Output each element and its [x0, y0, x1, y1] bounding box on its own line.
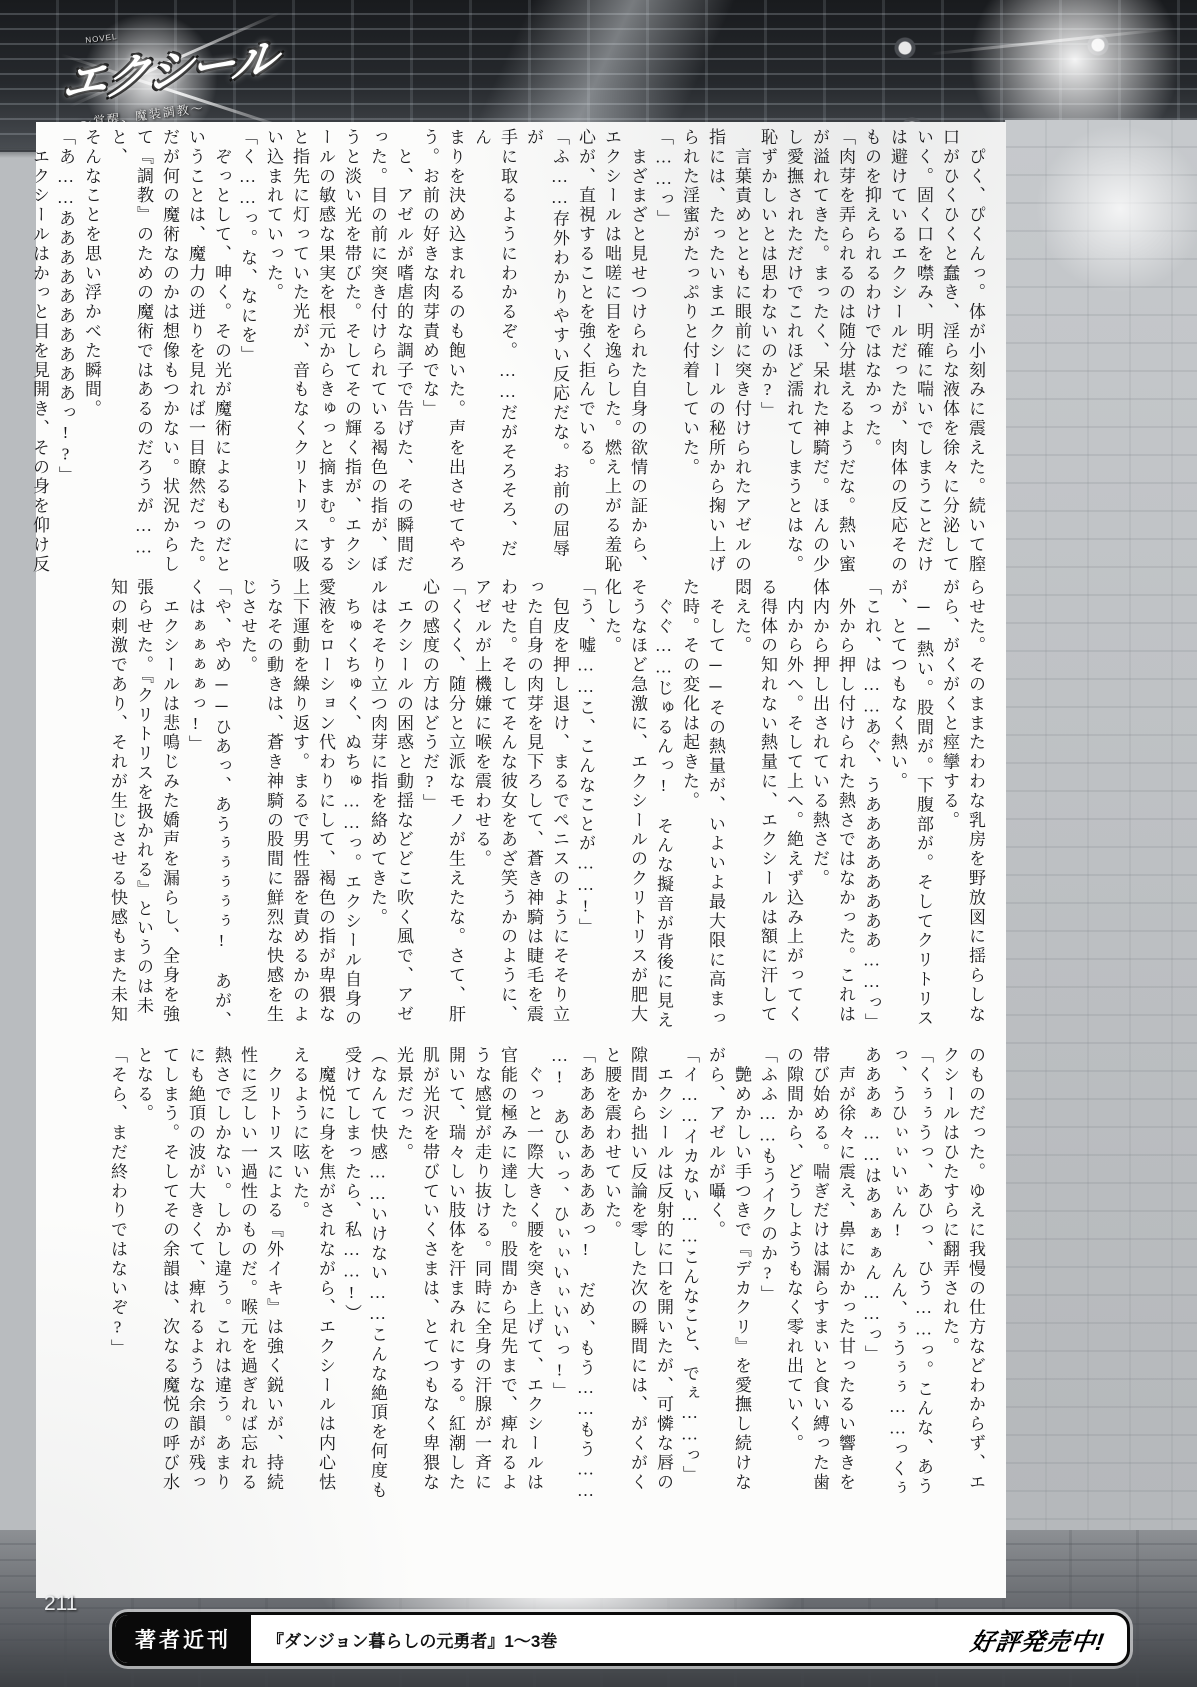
text-column: ぐぐ……じゅるんっ! そんな擬音が背後に見え [650, 578, 676, 1033]
text-column: 心の感度の方はどうだ?」 [416, 578, 442, 1033]
text-column: 知の刺激であり、それが生じさせる快感もまた未知 [104, 578, 130, 1033]
text-column: となる。 [130, 1046, 156, 1512]
text-column: の隙間から、どうしようもなく零れ出ていく。 [780, 1046, 806, 1512]
text-column: 艶めかしい手つきで『デカクリ』を愛撫し続けな [728, 1046, 754, 1512]
text-column: った自身の肉芽を見下ろして、蒼き神騎は睫毛を震 [520, 578, 546, 1033]
text-column: うな感覚が走り抜ける。同時に全身の汗腺が一斉に [468, 1046, 494, 1512]
text-column: った。目の前に突き付けられている褐色の指が、ぼ [364, 128, 390, 578]
text-block-bottom: のものだった。ゆえに我慢の仕方などわからず、エクシールはひたすらに翻弄された。「… [95, 1046, 988, 1512]
text-column: 体内から押し出されている熱さだ。 [806, 578, 832, 1033]
text-column: わせた。そしてそんな彼女をあざ笑うかのように、 [494, 578, 520, 1033]
text-column: 指には、たったいまエクシールの秘所から掬い上げ [702, 128, 728, 578]
text-column: 悶えた。 [728, 578, 754, 1033]
ad-bar-book-title: 『ダンジョン暮らしの元勇者』1〜3巻 [267, 1627, 557, 1652]
text-column: 「……っ」 [650, 128, 676, 578]
text-column: クシールはひたすらに翻弄された。 [936, 1046, 962, 1512]
text-column: ぞっとして、呻く。その光が魔術によるものだと [208, 128, 234, 578]
text-column: いうことは、魔力の迸りを見れば一目瞭然だった。 [182, 128, 208, 578]
text-column: 魔悦に身を焦がされながら、エクシールは内心怯 [312, 1046, 338, 1512]
text-column: 「あ……ああああああああああっ!?」 [52, 128, 78, 578]
text-column: がら、がくがくと痙攣する。 [936, 578, 962, 1033]
text-column: と指先に灯っていた光が、音もなくクリトリスに吸 [286, 128, 312, 578]
text-column: じさせた。 [234, 578, 260, 1033]
text-column: られた淫蜜がたっぷりと付着していた。 [676, 128, 702, 578]
text-column: まりを決め込まれるのも飽いた。声を出させてやろ [442, 128, 468, 578]
text-column: いく。固く口を噤み、明確に喘いでしまうことだけ [910, 128, 936, 578]
text-column: 性に乏しい一過性のものだ。喉元を過ぎれば忘れる [234, 1046, 260, 1512]
text-column: クリトリスによる『外イキ』は強く鋭いが、持続 [260, 1046, 286, 1512]
text-column: 「う、嘘……こ、こんなことが……!」 [572, 578, 598, 1033]
text-column: エクシールは悲鳴じみた嬌声を漏らし、全身を強 [156, 578, 182, 1033]
text-column: 「ああああああああっ! だめ、もう……もう…… [572, 1046, 598, 1512]
text-column: のものだった。ゆえに我慢の仕方などわからず、エ [962, 1046, 988, 1512]
text-column: エクシールの困惑と動揺などどこ吹く風で、アゼ [390, 578, 416, 1033]
text-column: ールの敏感な果実を根元からきゅっと摘まむ。する [312, 128, 338, 578]
text-column: てしまう。そしてその余韻は、次なる魔悦の呼び水 [156, 1046, 182, 1512]
text-column: る得体の知れない熱量に、エクシールは額に汗して [754, 578, 780, 1033]
text-column: ぐっと一際大きく腰を突き上げて、エクシールは [520, 1046, 546, 1512]
text-column: 手に取るようにわかるぞ。……だがそろそろ、だん [468, 128, 520, 578]
text-column: 上下運動を繰り返す。まるで男性器を責めるかのよ [286, 578, 312, 1033]
text-column: 帯び始める。喘ぎだけは漏らすまいと食い縛った歯 [806, 1046, 832, 1512]
text-column: ちゅくちゅく、ぬちゅ……っ。エクシール自身の [338, 578, 364, 1033]
text-column: そして──その熱量が、いよいよ最大限に高まっ [702, 578, 728, 1033]
text-column: 光景だった。 [390, 1046, 416, 1512]
text-column: 化した。 [598, 578, 624, 1033]
text-column: うと淡い光を帯びた。そしてその輝く指が、エクシ [338, 128, 364, 578]
text-column: し愛撫されただけでこれほど濡れてしまうとはな。 [780, 128, 806, 578]
text-column: 心が、直視することを強く拒んでいる。 [572, 128, 598, 578]
text-column: て『調教』のための魔術ではあるのだろうが……と、 [104, 128, 156, 578]
text-block-top: ぴく、ぴくんっ。体が小刻みに震えた。続いて膣口がひくひくと蠢き、淫らな液体を徐々… [95, 128, 988, 578]
on-sale-badge: 好評発売中! [969, 1622, 1108, 1657]
text-column: 張らせた。『クリトリスを扱かれる』というのは未 [130, 578, 156, 1033]
text-column: 「くぅぅうっ、あひっ、ひう……っ。こんな、あう [910, 1046, 936, 1512]
text-column: う。お前の好きな肉芽責めでな」 [416, 128, 442, 578]
text-column: 熱さでしかない。しかし違う。これは違う。あまり [208, 1046, 234, 1512]
author-ad-bar: 著者近刊 『ダンジョン暮らしの元勇者』1〜3巻 好評発売中! [112, 1612, 1130, 1666]
text-column: そんなことを思い浮かべた瞬間。 [78, 128, 104, 578]
text-column: まざまざと見せつけられた自身の欲情の証から、 [624, 128, 650, 578]
text-column: エクシールはかっと目を見開き、その身を仰け反 [26, 128, 52, 578]
text-column: と腰を震わせていた。 [598, 1046, 624, 1512]
text-column: は避けているエクシールだったが、肉体の反応その [884, 128, 910, 578]
text-column: 「肉芽を弄られるのは随分堪えるようだな。熱い蜜 [832, 128, 858, 578]
text-column: 肌が光沢を帯びていくさまは、とてつもなく卑猥な [416, 1046, 442, 1512]
text-column: っ、うひぃぃいぃん! んん、ぅうぅぅ……っくぅ [884, 1046, 910, 1512]
text-column: 恥ずかしいとは思わないのか?」 [754, 128, 780, 578]
text-column: が、とてつもなく熱い。 [884, 578, 910, 1033]
text-column: 「くくく、随分と立派なモノが生えたな。さて、肝 [442, 578, 468, 1033]
text-column: エクシールは咄嗟に目を逸らした。燃え上がる羞恥 [598, 128, 624, 578]
text-column: …! あひぃっ、ひぃぃいぃいいっ!」 [546, 1046, 572, 1512]
text-column: と、アゼルが嗜虐的な調子で告げた、その瞬間だ [390, 128, 416, 578]
text-column: 外から押し付けられた熱さではなかった。これは [832, 578, 858, 1033]
text-column: 隙間から拙い反論を零した次の瞬間には、がくがく [624, 1046, 650, 1512]
text-column: 内から外へ。そして上へ。絶えず込み上がってく [780, 578, 806, 1033]
text-column: くはぁぁぁぁっ!」 [182, 578, 208, 1033]
text-column: だが何の魔術なのかは想像もつかない。状況からし [156, 128, 182, 578]
text-column: 「ふふ……もうイクのか?」 [754, 1046, 780, 1512]
text-column: うなその動きは、蒼き神騎の股間に鮮烈な快感を生 [260, 578, 286, 1033]
text-column: 受けてしまったら、私……!） [338, 1046, 364, 1512]
ad-bar-label: 著者近刊 [115, 1615, 251, 1663]
text-column: 「そら、まだ終わりではないぞ?」 [104, 1046, 130, 1512]
text-column: 「これ、は……あぐ、うああああああああ……っ」 [858, 578, 884, 1033]
text-column: アゼルが上機嫌に喉を震わせる。 [468, 578, 494, 1033]
text-column: 声が徐々に震え、鼻にかかった甘ったるい響きを [832, 1046, 858, 1512]
text-block-middle: らせた。そのままたわわな乳房を野放図に揺らしながら、がくがくと痙攣する。 ──熱… [95, 578, 988, 1033]
text-column: 官能の極みに達した。股間から足先まで、痺れるよ [494, 1046, 520, 1512]
text-column: い込まれていった。 [260, 128, 286, 578]
text-column: （なんて快感……いけない……こんな絶頂を何度も [364, 1046, 390, 1512]
text-column: あああぁ……はあぁぁぁん……っ」 [858, 1046, 884, 1512]
text-column: にも絶頂の波が大きくて、痺れるような余韻が残っ [182, 1046, 208, 1512]
text-column: 愛液をローション代わりにして、褐色の指が卑猥な [312, 578, 338, 1033]
text-column: ものを抑えられるわけではなかった。 [858, 128, 884, 578]
text-column: えるように呟いた。 [286, 1046, 312, 1512]
text-column: ルはそそり立つ肉芽に指を絡めてきた。 [364, 578, 390, 1033]
text-column: 「ふ……存外わかりやすい反応だな。お前の屈辱が [520, 128, 572, 578]
text-column: 「イ……イカない……こんなこと、でぇ……っ」 [676, 1046, 702, 1512]
text-column: 口がひくひくと蠢き、淫らな液体を徐々に分泌して [936, 128, 962, 578]
text-column: がら、アゼルが囁く。 [702, 1046, 728, 1512]
text-column: 「く……っ。な、なにを」 [234, 128, 260, 578]
novel-page-scan: NOVEL エクシール 〜覚醒、魔装調教〜 ぴく、ぴくんっ。体が小刻みに震えた。… [0, 0, 1197, 1687]
text-column: ──熱い。股間が。下腹部が。そしてクリトリス [910, 578, 936, 1033]
text-column: らせた。そのままたわわな乳房を野放図に揺らしな [962, 578, 988, 1033]
right-margin-circuit-art [1005, 120, 1197, 1600]
text-column: 「や、やめ──ひあっ、あうぅぅぅぅぅ! あが、 [208, 578, 234, 1033]
text-column: が溢れてきた。まったく、呆れた神騎だ。ほんの少 [806, 128, 832, 578]
page-number: 211 [44, 1592, 77, 1616]
text-column: そうなほど急激に、エクシールのクリトリスが肥大 [624, 578, 650, 1033]
light-streak [931, 27, 1170, 55]
text-column: ぴく、ぴくんっ。体が小刻みに震えた。続いて膣 [962, 128, 988, 578]
text-column: 包皮を押し退け、まるでペニスのようにそそり立 [546, 578, 572, 1033]
text-column: エクシールは反射的に口を開いたが、可憐な唇の [650, 1046, 676, 1512]
text-column: た時。その変化は起きた。 [676, 578, 702, 1033]
text-column: 言葉責めとともに眼前に突き付けられたアゼルの [728, 128, 754, 578]
text-column: 開いて、瑞々しい肢体を汗まみれにする。紅潮した [442, 1046, 468, 1512]
